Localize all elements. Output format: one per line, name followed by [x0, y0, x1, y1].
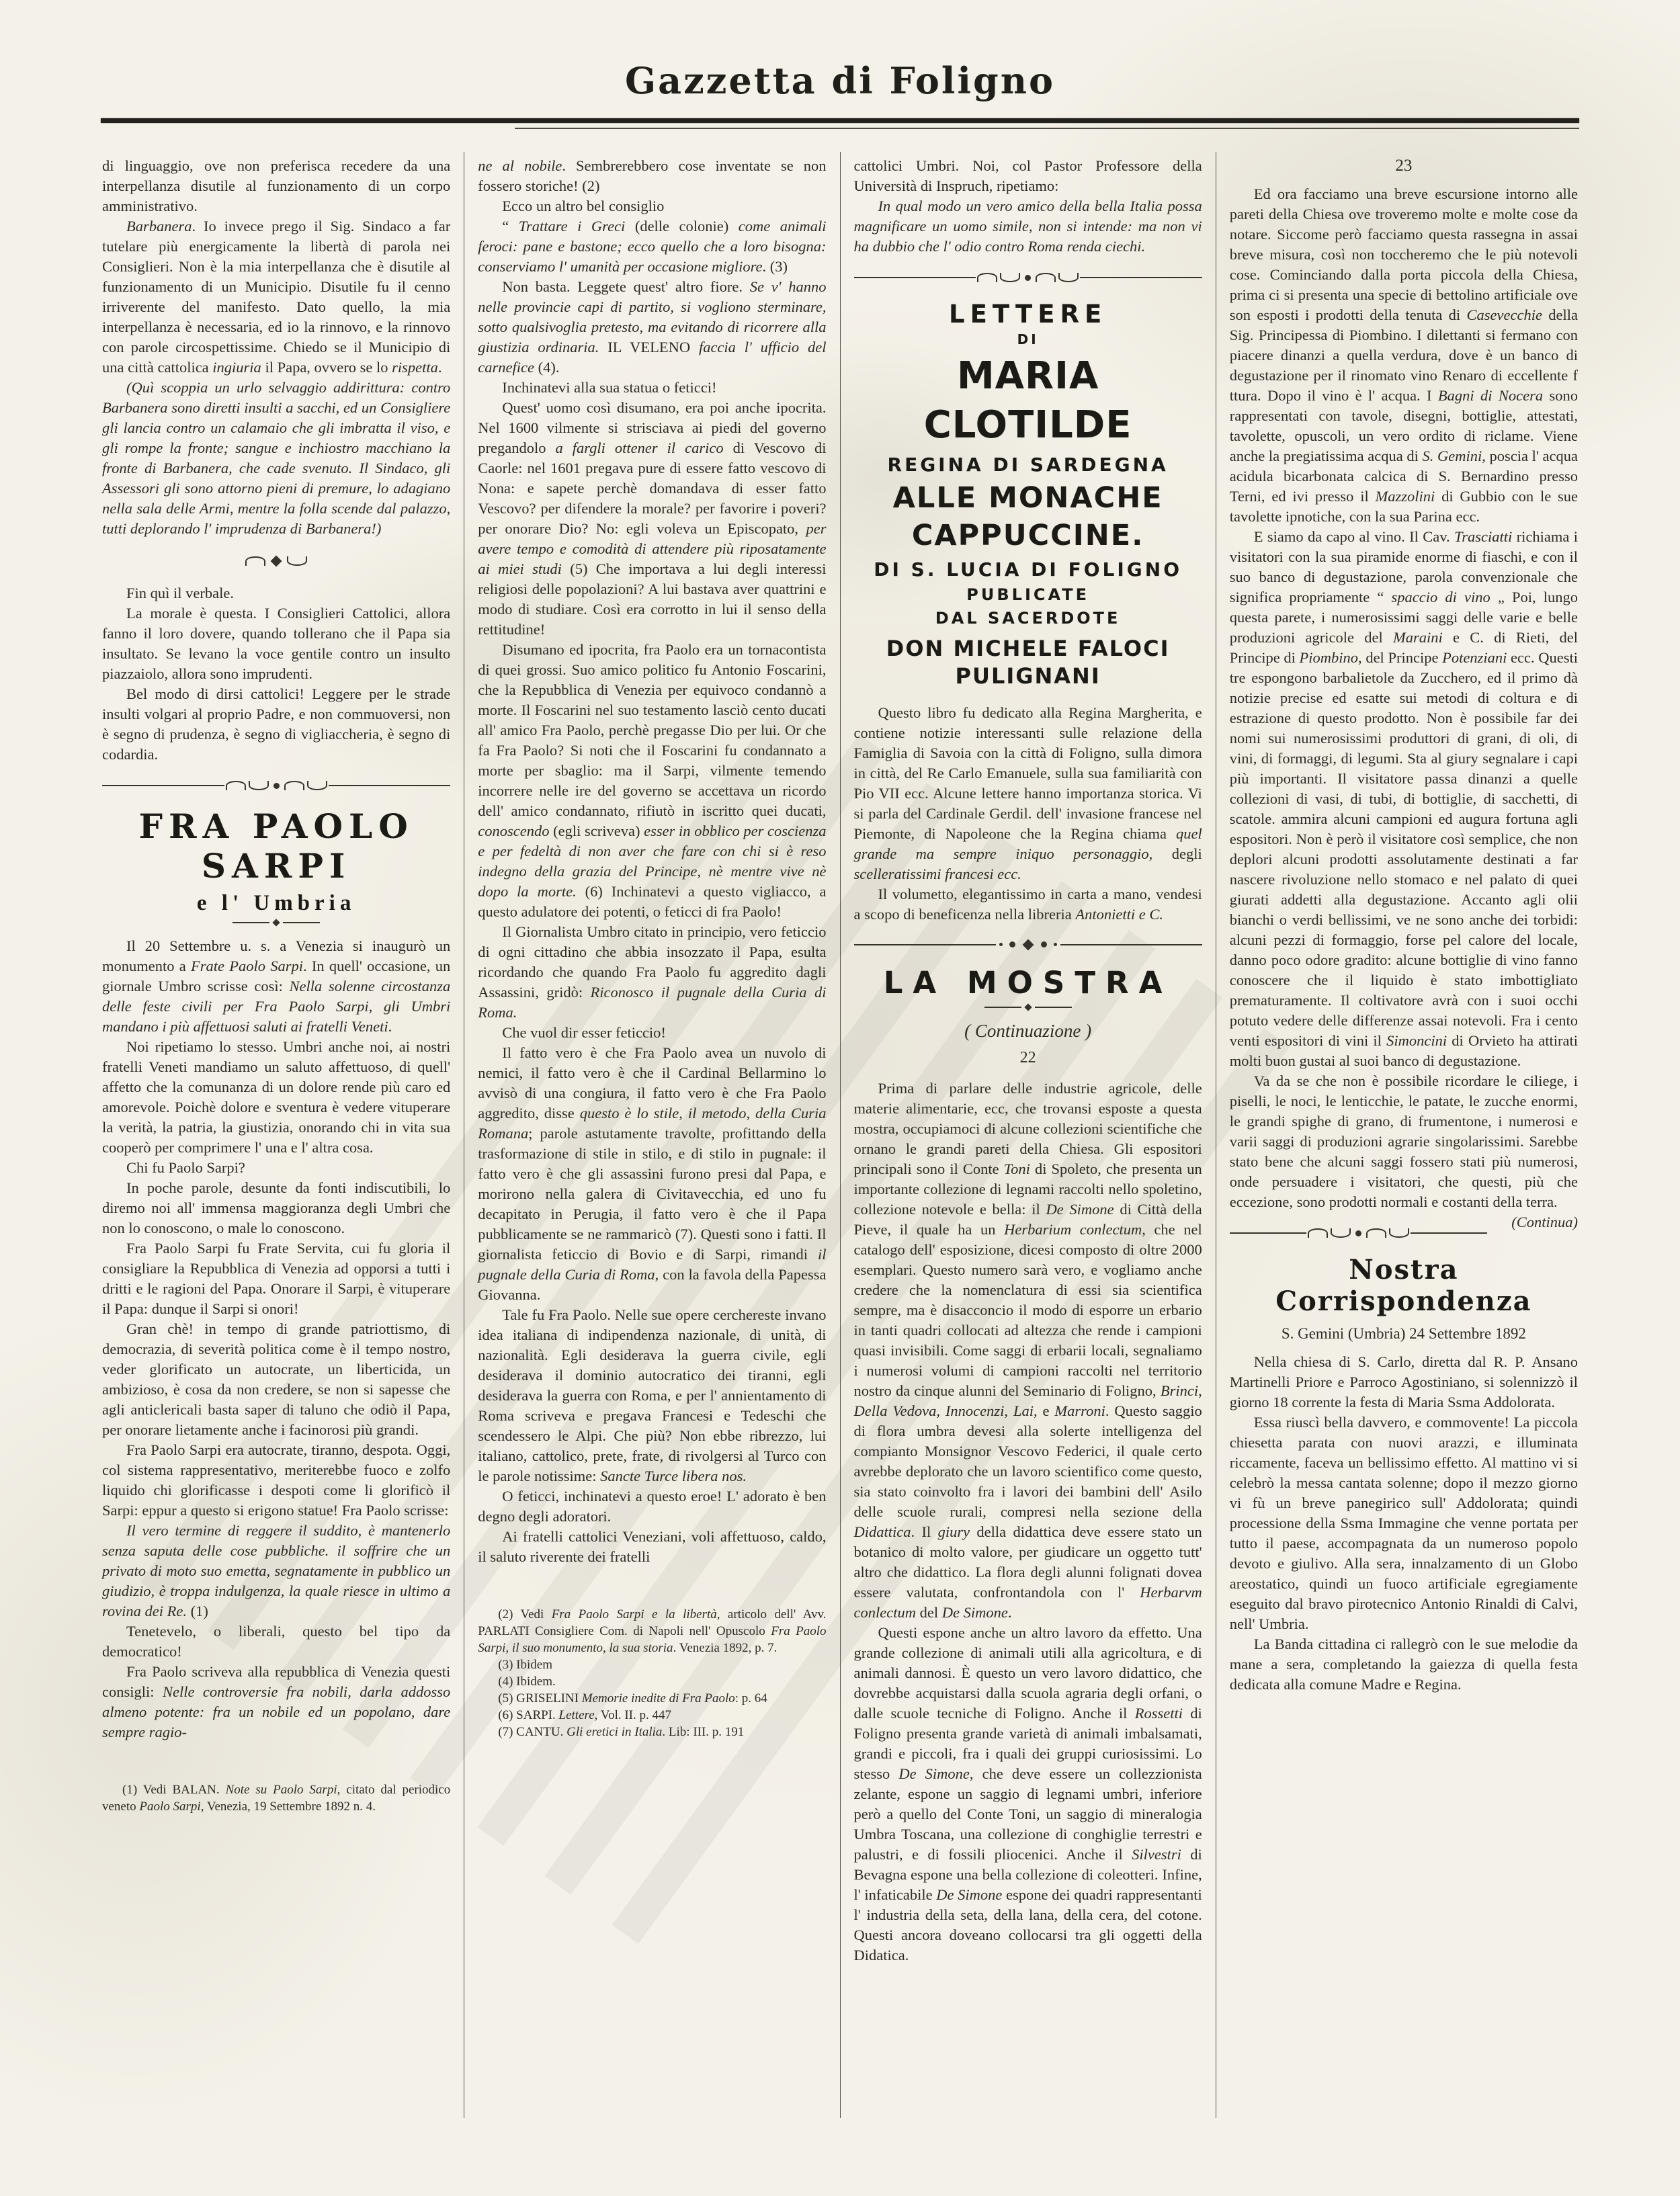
- ornament-shape: [1025, 275, 1031, 281]
- footnote: (7) CANTU. Gli eretici in Italia. Lib: I…: [478, 1724, 826, 1740]
- ornament-shape: [307, 781, 327, 790]
- masthead-rule-thin: [515, 128, 1579, 129]
- ornament-shape: [977, 273, 997, 282]
- ornament-shape: [1355, 1230, 1361, 1236]
- ornament-shape: [854, 944, 996, 945]
- ornament-shape: [1036, 273, 1056, 282]
- ornament-shape: [1035, 1007, 1072, 1008]
- paragraph: Essa riuscì bella davvero, e commovente!…: [1230, 1412, 1578, 1634]
- paragraph: Disumano ed ipocrita, fra Paolo era un t…: [478, 640, 826, 922]
- masthead-rule-thick: [101, 118, 1579, 123]
- paragraph: Il vero termine di reggere il suddito, è…: [102, 1521, 450, 1621]
- ornament-shape: [1308, 1228, 1328, 1238]
- display-line: DI: [854, 331, 1202, 348]
- column-3: cattolici Umbri. Noi, col Pastor Profess…: [841, 152, 1216, 2118]
- ornament-shape: [984, 1007, 1021, 1008]
- page-number: 23: [1230, 156, 1578, 176]
- paragraph: Il Giornalista Umbro citato in principio…: [478, 922, 826, 1023]
- ornament-shape: [1366, 1228, 1386, 1238]
- ornament-shape: [1331, 1228, 1351, 1238]
- ornament-shape: [1058, 273, 1079, 282]
- article-title: LA MOSTRA: [854, 965, 1202, 1001]
- paragraph: Tale fu Fra Paolo. Nelle sue opere cerch…: [478, 1305, 826, 1486]
- dateline: S. Gemini (Umbria) 24 Settembre 1892: [1230, 1324, 1578, 1344]
- fleuron-ornament-icon: [102, 556, 450, 566]
- paragraph: Fin quì il verbale.: [102, 583, 450, 603]
- scroll-ornament-icon: [102, 781, 450, 790]
- paragraph: La morale è questa. I Consiglieri Cattol…: [102, 603, 450, 684]
- ornament-shape: [283, 922, 320, 923]
- article-title: Nostra Corrispondenza: [1230, 1254, 1578, 1317]
- paragraph: Questo libro fu dedicato alla Regina Mar…: [854, 703, 1202, 884]
- ornament-shape: [854, 277, 976, 278]
- display-line: DI S. LUCIA DI FOLIGNO: [854, 558, 1202, 582]
- ornament-shape: [1054, 943, 1057, 946]
- paragraph: Ai fratelli cattolici Veneziani, voli af…: [478, 1527, 826, 1567]
- paragraph: Il volumetto, elegantissimo in carta a m…: [854, 884, 1202, 925]
- ornament-shape: [287, 556, 307, 566]
- paragraph: di linguaggio, ove non preferisca recede…: [102, 156, 450, 216]
- ornament-shape: [284, 781, 304, 790]
- paragraph: Noi ripetiamo lo stesso. Umbri anche noi…: [102, 1037, 450, 1158]
- paragraph: Gran chè! in tempo di grande patriottism…: [102, 1319, 450, 1440]
- display-line: REGINA DI SARDEGNA: [854, 453, 1202, 477]
- footnote: (4) Ibidem.: [478, 1673, 826, 1690]
- display-line: PUBLICATE: [854, 585, 1202, 605]
- paragraph: (Quì scoppia un urlo selvaggio addirittu…: [102, 378, 450, 539]
- scroll-ornament-icon: [1230, 1228, 1488, 1238]
- ornament-shape: [1060, 944, 1202, 945]
- display-line: DAL SACERDOTE: [854, 608, 1202, 629]
- column-2: ne al nobile. Sembrerebbero cose inventa…: [464, 152, 840, 2118]
- display-line: MARIA CLOTILDE: [854, 352, 1202, 450]
- column-1: di linguaggio, ove non preferisca recede…: [101, 152, 464, 2118]
- ornament-shape: [226, 781, 246, 790]
- paragraph: In qual modo un vero amico della bella I…: [854, 196, 1202, 257]
- ornament-shape: [1389, 1228, 1409, 1238]
- paragraph: Chi fu Paolo Sarpi?: [102, 1158, 450, 1178]
- masthead-title: Gazzetta di Foligno: [101, 59, 1579, 102]
- section-number: 22: [854, 1048, 1202, 1068]
- footnote: (1) Vedi BALAN. Note su Paolo Sarpi, cit…: [102, 1781, 450, 1815]
- ornament-shape: [245, 556, 265, 566]
- paragraph: Fra Paolo Sarpi fu Frate Servita, cui fu…: [102, 1238, 450, 1319]
- ornament-shape: [274, 783, 280, 789]
- paragraph: Non basta. Leggete quest' altro fiore. S…: [478, 277, 826, 378]
- paragraph: Nella chiesa di S. Carlo, diretta dal R.…: [1230, 1352, 1578, 1412]
- paragraph: Questi espone anche un altro lavoro da e…: [854, 1623, 1202, 1966]
- footnotes: (2) Vedi Fra Paolo Sarpi e la libertà, a…: [478, 1606, 826, 1740]
- ornament-shape: [1411, 1232, 1487, 1234]
- ornament-shape: [1080, 277, 1202, 278]
- paragraph: Bel modo di dirsi cattolici! Leggere per…: [102, 684, 450, 765]
- ornament-shape: [272, 919, 280, 926]
- paragraph: Tenetevelo, o liberali, questo bel tipo …: [102, 1621, 450, 1662]
- article-title: FRA PAOLO SARPI: [102, 806, 450, 886]
- newspaper-page: Gazzetta di Foligno di linguaggio, ove n…: [0, 0, 1680, 2118]
- paragraph: Fra Paolo Sarpi era autocrate, tiranno, …: [102, 1440, 450, 1521]
- scroll-ornament-icon: [854, 273, 1202, 282]
- ornament-shape: [1041, 941, 1047, 947]
- paragraph: Barbanera. Io invece prego il Sig. Sinda…: [102, 216, 450, 378]
- ornament-shape: [999, 943, 1003, 946]
- book-title-block: LETTEREDIMARIA CLOTILDEREGINA DI SARDEGN…: [854, 298, 1202, 691]
- paragraph: E siamo da capo al vino. Il Cav. Trascia…: [1230, 527, 1578, 1071]
- paragraph: Ed ora facciamo una breve escursione int…: [1230, 184, 1578, 527]
- ornament-shape: [329, 785, 451, 786]
- paragraph: “ Trattare i Greci (delle colonie) come …: [478, 216, 826, 277]
- smallrule-ornament-icon: [233, 920, 320, 925]
- article-subtitle: e l' Umbria: [102, 891, 450, 916]
- paragraph: Inchinatevi alla sua statua o feticci!: [478, 378, 826, 398]
- footnote: (5) GRISELINI Memorie inedite di Fra Pao…: [478, 1690, 826, 1707]
- paragraph: Quest' uomo così disumano, era poi anche…: [478, 398, 826, 640]
- continua-label: (Continua): [1487, 1212, 1578, 1232]
- paragraph: Che vuol dir esser feticcio!: [478, 1023, 826, 1043]
- paragraph: O feticci, inchinatevi a questo eroe! L'…: [478, 1486, 826, 1527]
- paragraph: cattolici Umbri. Noi, col Pastor Profess…: [854, 156, 1202, 196]
- paragraph: ne al nobile. Sembrerebbero cose inventa…: [478, 156, 826, 196]
- display-line: LETTERE: [854, 298, 1202, 331]
- taper-ornament-icon: [854, 941, 1202, 949]
- paragraph: Fra Paolo scriveva alla repubblica di Ve…: [102, 1662, 450, 1742]
- ornament-shape: [102, 785, 224, 786]
- paragraph: Va da se che non è possibile ricordare l…: [1230, 1071, 1578, 1212]
- smallrule-ornament-icon: [984, 1005, 1072, 1010]
- footnote: (3) Ibidem: [478, 1656, 826, 1673]
- footnote: (2) Vedi Fra Paolo Sarpi e la libertà, a…: [478, 1606, 826, 1656]
- paragraph: Il fatto vero è che Fra Paolo avea un nu…: [478, 1043, 826, 1305]
- ornament-shape: [1022, 939, 1034, 950]
- ornament-shape: [1000, 273, 1020, 282]
- ornament-shape: [1024, 1003, 1032, 1011]
- paragraph: Ecco un altro bel consiglio: [478, 196, 826, 216]
- ornament-shape: [249, 781, 269, 790]
- paragraph: In poche parole, desunte da fonti indisc…: [102, 1178, 450, 1238]
- footnotes: (1) Vedi BALAN. Note su Paolo Sarpi, cit…: [102, 1781, 450, 1815]
- display-line: DON MICHELE FALOCI PULIGNANI: [854, 635, 1202, 691]
- display-line: ALLE MONACHE CAPPUCCINE.: [854, 480, 1202, 555]
- ornament-shape: [1009, 941, 1015, 947]
- paragraph: Prima di parlare delle industrie agricol…: [854, 1079, 1202, 1623]
- paragraph: La Banda cittadina ci rallegrò con le su…: [1230, 1634, 1578, 1695]
- continuation-label: ( Continuazione ): [854, 1021, 1202, 1041]
- column-container: di linguaggio, ove non preferisca recede…: [101, 152, 1579, 2118]
- ornament-shape: [271, 556, 282, 567]
- footnote: (6) SARPI. Lettere, Vol. II. p. 447: [478, 1707, 826, 1724]
- ornament-shape: [233, 922, 269, 923]
- column-4: 23Ed ora facciamo una breve escursione i…: [1216, 152, 1579, 2118]
- paragraph: Il 20 Settembre u. s. a Venezia si inaug…: [102, 936, 450, 1037]
- ornament-shape: [1230, 1232, 1306, 1234]
